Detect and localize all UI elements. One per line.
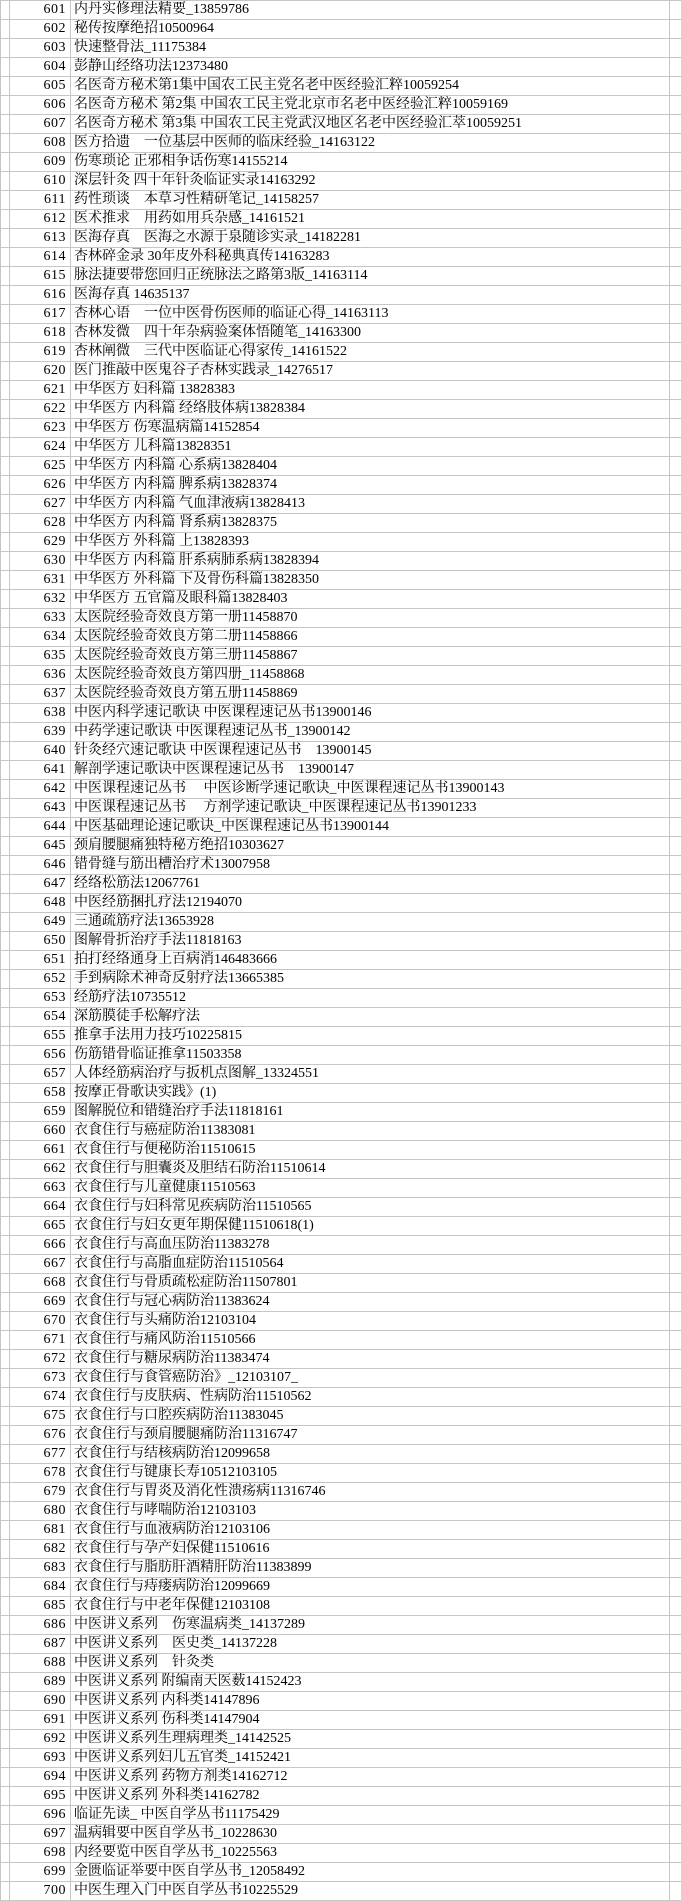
left-gutter-cell[interactable] bbox=[1, 1445, 10, 1463]
row-number-cell[interactable]: 626 bbox=[10, 476, 71, 494]
left-gutter-cell[interactable] bbox=[1, 210, 10, 228]
left-gutter-cell[interactable] bbox=[1, 20, 10, 38]
row-number-cell[interactable]: 610 bbox=[10, 172, 71, 190]
row-number-cell[interactable]: 649 bbox=[10, 913, 71, 931]
row-number-cell[interactable]: 601 bbox=[10, 1, 71, 19]
row-number-cell[interactable]: 645 bbox=[10, 837, 71, 855]
row-number-cell[interactable]: 641 bbox=[10, 761, 71, 779]
left-gutter-cell[interactable] bbox=[1, 1141, 10, 1159]
row-number-cell[interactable]: 685 bbox=[10, 1597, 71, 1615]
book-title-cell[interactable]: 衣食住行与妇女更年期保健11510618(1) bbox=[71, 1217, 670, 1235]
book-title-cell[interactable]: 按摩正骨歌诀实践》(1) bbox=[71, 1084, 670, 1102]
book-title-cell[interactable]: 图解脱位和错缝治疗手法11818161 bbox=[71, 1103, 670, 1121]
row-number-cell[interactable]: 679 bbox=[10, 1483, 71, 1501]
row-number-cell[interactable]: 642 bbox=[10, 780, 71, 798]
book-title-cell[interactable]: 衣食住行与胃炎及消化性溃疡病11316746 bbox=[71, 1483, 670, 1501]
book-title-cell[interactable]: 中华医方 内科篇 肝系病肺系病13828394 bbox=[71, 552, 670, 570]
right-gutter-cell[interactable] bbox=[670, 476, 681, 494]
row-number-cell[interactable]: 631 bbox=[10, 571, 71, 589]
left-gutter-cell[interactable] bbox=[1, 1255, 10, 1273]
row-number-cell[interactable]: 697 bbox=[10, 1825, 71, 1843]
right-gutter-cell[interactable] bbox=[670, 1749, 681, 1767]
row-number-cell[interactable]: 658 bbox=[10, 1084, 71, 1102]
book-title-cell[interactable]: 深筋膜徒手松解疗法 bbox=[71, 1008, 670, 1026]
row-number-cell[interactable]: 622 bbox=[10, 400, 71, 418]
row-number-cell[interactable]: 604 bbox=[10, 58, 71, 76]
row-number-cell[interactable]: 654 bbox=[10, 1008, 71, 1026]
book-title-cell[interactable]: 中医课程速记丛书 方剂学速记歌诀_中医课程速记丛书13901233 bbox=[71, 799, 670, 817]
right-gutter-cell[interactable] bbox=[670, 780, 681, 798]
row-number-cell[interactable]: 683 bbox=[10, 1559, 71, 1577]
row-number-cell[interactable]: 623 bbox=[10, 419, 71, 437]
left-gutter-cell[interactable] bbox=[1, 799, 10, 817]
row-number-cell[interactable]: 603 bbox=[10, 39, 71, 57]
right-gutter-cell[interactable] bbox=[670, 1882, 681, 1900]
book-title-cell[interactable]: 太医院经验奇效良方第二册11458866 bbox=[71, 628, 670, 646]
row-number-cell[interactable]: 672 bbox=[10, 1350, 71, 1368]
row-number-cell[interactable]: 608 bbox=[10, 134, 71, 152]
row-number-cell[interactable]: 667 bbox=[10, 1255, 71, 1273]
right-gutter-cell[interactable] bbox=[670, 742, 681, 760]
row-number-cell[interactable]: 648 bbox=[10, 894, 71, 912]
row-number-cell[interactable]: 669 bbox=[10, 1293, 71, 1311]
row-number-cell[interactable]: 670 bbox=[10, 1312, 71, 1330]
book-title-cell[interactable]: 太医院经验奇效良方第三册11458867 bbox=[71, 647, 670, 665]
left-gutter-cell[interactable] bbox=[1, 1673, 10, 1691]
book-title-cell[interactable]: 医海存真 医海之水源于泉随诊实录_14182281 bbox=[71, 229, 670, 247]
right-gutter-cell[interactable] bbox=[670, 913, 681, 931]
row-number-cell[interactable]: 676 bbox=[10, 1426, 71, 1444]
book-title-cell[interactable]: 中华医方 外科篇 下及骨伤科篇13828350 bbox=[71, 571, 670, 589]
left-gutter-cell[interactable] bbox=[1, 1274, 10, 1292]
row-number-cell[interactable]: 678 bbox=[10, 1464, 71, 1482]
right-gutter-cell[interactable] bbox=[670, 1464, 681, 1482]
right-gutter-cell[interactable] bbox=[670, 647, 681, 665]
row-number-cell[interactable]: 624 bbox=[10, 438, 71, 456]
row-number-cell[interactable]: 671 bbox=[10, 1331, 71, 1349]
left-gutter-cell[interactable] bbox=[1, 704, 10, 722]
right-gutter-cell[interactable] bbox=[670, 1122, 681, 1140]
left-gutter-cell[interactable] bbox=[1, 1369, 10, 1387]
row-number-cell[interactable]: 659 bbox=[10, 1103, 71, 1121]
right-gutter-cell[interactable] bbox=[670, 1426, 681, 1444]
left-gutter-cell[interactable] bbox=[1, 1521, 10, 1539]
left-gutter-cell[interactable] bbox=[1, 115, 10, 133]
right-gutter-cell[interactable] bbox=[670, 419, 681, 437]
left-gutter-cell[interactable] bbox=[1, 400, 10, 418]
left-gutter-cell[interactable] bbox=[1, 1350, 10, 1368]
left-gutter-cell[interactable] bbox=[1, 628, 10, 646]
right-gutter-cell[interactable] bbox=[670, 248, 681, 266]
book-title-cell[interactable]: 杏林心语 一位中医骨伤医师的临证心得_14163113 bbox=[71, 305, 670, 323]
left-gutter-cell[interactable] bbox=[1, 267, 10, 285]
book-title-cell[interactable]: 解剖学速记歌诀中医课程速记丛书 13900147 bbox=[71, 761, 670, 779]
row-number-cell[interactable]: 664 bbox=[10, 1198, 71, 1216]
row-number-cell[interactable]: 652 bbox=[10, 970, 71, 988]
right-gutter-cell[interactable] bbox=[670, 210, 681, 228]
left-gutter-cell[interactable] bbox=[1, 742, 10, 760]
left-gutter-cell[interactable] bbox=[1, 1236, 10, 1254]
book-title-cell[interactable]: 中华医方 外科篇 上13828393 bbox=[71, 533, 670, 551]
row-number-cell[interactable]: 647 bbox=[10, 875, 71, 893]
right-gutter-cell[interactable] bbox=[670, 761, 681, 779]
left-gutter-cell[interactable] bbox=[1, 1103, 10, 1121]
book-title-cell[interactable]: 中医讲义系列 伤科类14147904 bbox=[71, 1711, 670, 1729]
left-gutter-cell[interactable] bbox=[1, 666, 10, 684]
left-gutter-cell[interactable] bbox=[1, 1426, 10, 1444]
book-title-cell[interactable]: 衣食住行与结核病防治12099658 bbox=[71, 1445, 670, 1463]
right-gutter-cell[interactable] bbox=[670, 837, 681, 855]
row-number-cell[interactable]: 650 bbox=[10, 932, 71, 950]
left-gutter-cell[interactable] bbox=[1, 1578, 10, 1596]
left-gutter-cell[interactable] bbox=[1, 552, 10, 570]
left-gutter-cell[interactable] bbox=[1, 438, 10, 456]
right-gutter-cell[interactable] bbox=[670, 989, 681, 1007]
right-gutter-cell[interactable] bbox=[670, 20, 681, 38]
right-gutter-cell[interactable] bbox=[670, 77, 681, 95]
left-gutter-cell[interactable] bbox=[1, 780, 10, 798]
right-gutter-cell[interactable] bbox=[670, 343, 681, 361]
left-gutter-cell[interactable] bbox=[1, 58, 10, 76]
book-title-cell[interactable]: 中华医方 妇科篇 13828383 bbox=[71, 381, 670, 399]
right-gutter-cell[interactable] bbox=[670, 1635, 681, 1653]
right-gutter-cell[interactable] bbox=[670, 1540, 681, 1558]
left-gutter-cell[interactable] bbox=[1, 476, 10, 494]
book-title-cell[interactable]: 衣食住行与妇科常见疾病防治11510565 bbox=[71, 1198, 670, 1216]
right-gutter-cell[interactable] bbox=[670, 1008, 681, 1026]
left-gutter-cell[interactable] bbox=[1, 1160, 10, 1178]
left-gutter-cell[interactable] bbox=[1, 1730, 10, 1748]
row-number-cell[interactable]: 636 bbox=[10, 666, 71, 684]
right-gutter-cell[interactable] bbox=[670, 970, 681, 988]
right-gutter-cell[interactable] bbox=[670, 1768, 681, 1786]
row-number-cell[interactable]: 682 bbox=[10, 1540, 71, 1558]
row-number-cell[interactable]: 690 bbox=[10, 1692, 71, 1710]
left-gutter-cell[interactable] bbox=[1, 970, 10, 988]
book-title-cell[interactable]: 中医讲义系列 外科类14162782 bbox=[71, 1787, 670, 1805]
right-gutter-cell[interactable] bbox=[670, 153, 681, 171]
book-title-cell[interactable]: 太医院经验奇效良方第四册_11458868 bbox=[71, 666, 670, 684]
row-number-cell[interactable]: 620 bbox=[10, 362, 71, 380]
left-gutter-cell[interactable] bbox=[1, 590, 10, 608]
left-gutter-cell[interactable] bbox=[1, 1122, 10, 1140]
row-number-cell[interactable]: 628 bbox=[10, 514, 71, 532]
book-title-cell[interactable]: 医海存真 14635137 bbox=[71, 286, 670, 304]
left-gutter-cell[interactable] bbox=[1, 1027, 10, 1045]
right-gutter-cell[interactable] bbox=[670, 305, 681, 323]
left-gutter-cell[interactable] bbox=[1, 457, 10, 475]
row-number-cell[interactable]: 616 bbox=[10, 286, 71, 304]
book-title-cell[interactable]: 中华医方 五官篇及眼科篇13828403 bbox=[71, 590, 670, 608]
book-title-cell[interactable]: 中医内科学速记歌诀 中医课程速记丛书13900146 bbox=[71, 704, 670, 722]
book-title-cell[interactable]: 针灸经穴速记歌诀 中医课程速记丛书 13900145 bbox=[71, 742, 670, 760]
row-number-cell[interactable]: 602 bbox=[10, 20, 71, 38]
right-gutter-cell[interactable] bbox=[670, 1, 681, 19]
book-title-cell[interactable]: 中华医方 内科篇 气血津液病13828413 bbox=[71, 495, 670, 513]
row-number-cell[interactable]: 615 bbox=[10, 267, 71, 285]
right-gutter-cell[interactable] bbox=[670, 628, 681, 646]
right-gutter-cell[interactable] bbox=[670, 400, 681, 418]
right-gutter-cell[interactable] bbox=[670, 381, 681, 399]
row-number-cell[interactable]: 629 bbox=[10, 533, 71, 551]
book-title-cell[interactable]: 脉法捷要带您回归正统脉法之路第3版_14163114 bbox=[71, 267, 670, 285]
right-gutter-cell[interactable] bbox=[670, 1787, 681, 1805]
book-title-cell[interactable]: 中医课程速记丛书 中医诊断学速记歌诀_中医课程速记丛书13900143 bbox=[71, 780, 670, 798]
left-gutter-cell[interactable] bbox=[1, 248, 10, 266]
left-gutter-cell[interactable] bbox=[1, 1065, 10, 1083]
right-gutter-cell[interactable] bbox=[670, 818, 681, 836]
book-title-cell[interactable]: 临证先读_ 中医自学丛书11175429 bbox=[71, 1806, 670, 1824]
right-gutter-cell[interactable] bbox=[670, 704, 681, 722]
left-gutter-cell[interactable] bbox=[1, 1293, 10, 1311]
left-gutter-cell[interactable] bbox=[1, 1046, 10, 1064]
left-gutter-cell[interactable] bbox=[1, 39, 10, 57]
row-number-cell[interactable]: 632 bbox=[10, 590, 71, 608]
right-gutter-cell[interactable] bbox=[670, 495, 681, 513]
right-gutter-cell[interactable] bbox=[670, 267, 681, 285]
right-gutter-cell[interactable] bbox=[670, 609, 681, 627]
left-gutter-cell[interactable] bbox=[1, 1616, 10, 1634]
right-gutter-cell[interactable] bbox=[670, 1350, 681, 1368]
row-number-cell[interactable]: 663 bbox=[10, 1179, 71, 1197]
row-number-cell[interactable]: 617 bbox=[10, 305, 71, 323]
left-gutter-cell[interactable] bbox=[1, 533, 10, 551]
left-gutter-cell[interactable] bbox=[1, 837, 10, 855]
left-gutter-cell[interactable] bbox=[1, 305, 10, 323]
book-title-cell[interactable]: 衣食住行与口腔疾病防治11383045 bbox=[71, 1407, 670, 1425]
row-number-cell[interactable]: 660 bbox=[10, 1122, 71, 1140]
row-number-cell[interactable]: 614 bbox=[10, 248, 71, 266]
book-title-cell[interactable]: 中医经筋捆扎疗法12194070 bbox=[71, 894, 670, 912]
right-gutter-cell[interactable] bbox=[670, 1711, 681, 1729]
left-gutter-cell[interactable] bbox=[1, 172, 10, 190]
book-title-cell[interactable]: 中医讲义系列 针灸类 bbox=[71, 1654, 670, 1672]
row-number-cell[interactable]: 665 bbox=[10, 1217, 71, 1235]
book-title-cell[interactable]: 内丹实修理法精要_13859786 bbox=[71, 1, 670, 19]
book-title-cell[interactable]: 拍打经络通身上百病消146483666 bbox=[71, 951, 670, 969]
right-gutter-cell[interactable] bbox=[670, 1046, 681, 1064]
book-title-cell[interactable]: 衣食住行与哮喘防治12103103 bbox=[71, 1502, 670, 1520]
right-gutter-cell[interactable] bbox=[670, 951, 681, 969]
right-gutter-cell[interactable] bbox=[670, 1654, 681, 1672]
left-gutter-cell[interactable] bbox=[1, 1749, 10, 1767]
right-gutter-cell[interactable] bbox=[670, 39, 681, 57]
left-gutter-cell[interactable] bbox=[1, 1502, 10, 1520]
right-gutter-cell[interactable] bbox=[670, 1388, 681, 1406]
right-gutter-cell[interactable] bbox=[670, 1331, 681, 1349]
row-number-cell[interactable]: 677 bbox=[10, 1445, 71, 1463]
book-title-cell[interactable]: 内经要览中医自学丛书_10225563 bbox=[71, 1844, 670, 1862]
right-gutter-cell[interactable] bbox=[670, 362, 681, 380]
left-gutter-cell[interactable] bbox=[1, 362, 10, 380]
right-gutter-cell[interactable] bbox=[670, 1293, 681, 1311]
book-title-cell[interactable]: 杏林碎金录 30年皮外科秘典真传14163283 bbox=[71, 248, 670, 266]
book-title-cell[interactable]: 中医讲义系列生理病理类_14142525 bbox=[71, 1730, 670, 1748]
row-number-cell[interactable]: 695 bbox=[10, 1787, 71, 1805]
right-gutter-cell[interactable] bbox=[670, 799, 681, 817]
book-title-cell[interactable]: 颈肩腰腿痛独特秘方绝招10303627 bbox=[71, 837, 670, 855]
row-number-cell[interactable]: 618 bbox=[10, 324, 71, 342]
row-number-cell[interactable]: 656 bbox=[10, 1046, 71, 1064]
row-number-cell[interactable]: 687 bbox=[10, 1635, 71, 1653]
left-gutter-cell[interactable] bbox=[1, 1559, 10, 1577]
book-title-cell[interactable]: 手到病除术神奇反射疗法13665385 bbox=[71, 970, 670, 988]
book-title-cell[interactable]: 衣食住行与癌症防治11383081 bbox=[71, 1122, 670, 1140]
right-gutter-cell[interactable] bbox=[670, 324, 681, 342]
row-number-cell[interactable]: 643 bbox=[10, 799, 71, 817]
row-number-cell[interactable]: 692 bbox=[10, 1730, 71, 1748]
book-title-cell[interactable]: 衣食住行与骨质疏松症防治11507801 bbox=[71, 1274, 670, 1292]
book-title-cell[interactable]: 衣食住行与食管癌防治》_12103107_ bbox=[71, 1369, 670, 1387]
row-number-cell[interactable]: 694 bbox=[10, 1768, 71, 1786]
book-title-cell[interactable]: 药性琐谈 本草习性精研笔记_14158257 bbox=[71, 191, 670, 209]
left-gutter-cell[interactable] bbox=[1, 1806, 10, 1824]
right-gutter-cell[interactable] bbox=[670, 1198, 681, 1216]
left-gutter-cell[interactable] bbox=[1, 818, 10, 836]
book-title-cell[interactable]: 经络松筋法12067761 bbox=[71, 875, 670, 893]
row-number-cell[interactable]: 609 bbox=[10, 153, 71, 171]
right-gutter-cell[interactable] bbox=[670, 723, 681, 741]
right-gutter-cell[interactable] bbox=[670, 932, 681, 950]
row-number-cell[interactable]: 646 bbox=[10, 856, 71, 874]
right-gutter-cell[interactable] bbox=[670, 1236, 681, 1254]
left-gutter-cell[interactable] bbox=[1, 1084, 10, 1102]
book-title-cell[interactable]: 中华医方 内科篇 脾系病13828374 bbox=[71, 476, 670, 494]
left-gutter-cell[interactable] bbox=[1, 191, 10, 209]
right-gutter-cell[interactable] bbox=[670, 1730, 681, 1748]
row-number-cell[interactable]: 619 bbox=[10, 343, 71, 361]
right-gutter-cell[interactable] bbox=[670, 590, 681, 608]
book-title-cell[interactable]: 衣食住行与儿童健康11510563 bbox=[71, 1179, 670, 1197]
right-gutter-cell[interactable] bbox=[670, 1578, 681, 1596]
row-number-cell[interactable]: 673 bbox=[10, 1369, 71, 1387]
book-title-cell[interactable]: 衣食住行与便秘防治11510615 bbox=[71, 1141, 670, 1159]
book-title-cell[interactable]: 彭静山经络功法12373480 bbox=[71, 58, 670, 76]
book-title-cell[interactable]: 衣食住行与痛风防治11510566 bbox=[71, 1331, 670, 1349]
row-number-cell[interactable]: 621 bbox=[10, 381, 71, 399]
left-gutter-cell[interactable] bbox=[1, 1312, 10, 1330]
right-gutter-cell[interactable] bbox=[670, 1445, 681, 1463]
book-title-cell[interactable]: 深层针灸 四十年针灸临证实录14163292 bbox=[71, 172, 670, 190]
right-gutter-cell[interactable] bbox=[670, 191, 681, 209]
row-number-cell[interactable]: 611 bbox=[10, 191, 71, 209]
book-title-cell[interactable]: 衣食住行与键康长寿10512103105 bbox=[71, 1464, 670, 1482]
book-title-cell[interactable]: 衣食住行与颈肩腰腿痛防治11316747 bbox=[71, 1426, 670, 1444]
row-number-cell[interactable]: 638 bbox=[10, 704, 71, 722]
row-number-cell[interactable]: 668 bbox=[10, 1274, 71, 1292]
right-gutter-cell[interactable] bbox=[670, 571, 681, 589]
book-title-cell[interactable]: 衣食住行与脂肪肝酒精肝防治11383899 bbox=[71, 1559, 670, 1577]
book-title-cell[interactable]: 秘传按摩绝招10500964 bbox=[71, 20, 670, 38]
book-title-cell[interactable]: 中华医方 伤寒温病篇14152854 bbox=[71, 419, 670, 437]
book-title-cell[interactable]: 中医讲义系列妇儿五官类_14152421 bbox=[71, 1749, 670, 1767]
row-number-cell[interactable]: 640 bbox=[10, 742, 71, 760]
left-gutter-cell[interactable] bbox=[1, 1407, 10, 1425]
row-number-cell[interactable]: 686 bbox=[10, 1616, 71, 1634]
left-gutter-cell[interactable] bbox=[1, 1483, 10, 1501]
left-gutter-cell[interactable] bbox=[1, 286, 10, 304]
right-gutter-cell[interactable] bbox=[670, 1863, 681, 1881]
row-number-cell[interactable]: 634 bbox=[10, 628, 71, 646]
row-number-cell[interactable]: 696 bbox=[10, 1806, 71, 1824]
row-number-cell[interactable]: 612 bbox=[10, 210, 71, 228]
book-title-cell[interactable]: 中医讲义系列 伤寒温病类_14137289 bbox=[71, 1616, 670, 1634]
right-gutter-cell[interactable] bbox=[670, 1369, 681, 1387]
book-title-cell[interactable]: 衣食住行与皮肤病、性病防治11510562 bbox=[71, 1388, 670, 1406]
left-gutter-cell[interactable] bbox=[1, 571, 10, 589]
row-number-cell[interactable]: 630 bbox=[10, 552, 71, 570]
row-number-cell[interactable]: 639 bbox=[10, 723, 71, 741]
row-number-cell[interactable]: 666 bbox=[10, 1236, 71, 1254]
left-gutter-cell[interactable] bbox=[1, 1464, 10, 1482]
row-number-cell[interactable]: 698 bbox=[10, 1844, 71, 1862]
right-gutter-cell[interactable] bbox=[670, 1255, 681, 1273]
book-title-cell[interactable]: 衣食住行与头痛防治12103104 bbox=[71, 1312, 670, 1330]
right-gutter-cell[interactable] bbox=[670, 1312, 681, 1330]
right-gutter-cell[interactable] bbox=[670, 1407, 681, 1425]
row-number-cell[interactable]: 651 bbox=[10, 951, 71, 969]
book-title-cell[interactable]: 医术推求 用药如用兵杂感_14161521 bbox=[71, 210, 670, 228]
book-title-cell[interactable]: 衣食住行与高血压防治11383278 bbox=[71, 1236, 670, 1254]
left-gutter-cell[interactable] bbox=[1, 609, 10, 627]
right-gutter-cell[interactable] bbox=[670, 1084, 681, 1102]
row-number-cell[interactable]: 627 bbox=[10, 495, 71, 513]
left-gutter-cell[interactable] bbox=[1, 989, 10, 1007]
right-gutter-cell[interactable] bbox=[670, 1502, 681, 1520]
book-title-cell[interactable]: 图解骨折治疗手法11818163 bbox=[71, 932, 670, 950]
left-gutter-cell[interactable] bbox=[1, 1787, 10, 1805]
right-gutter-cell[interactable] bbox=[670, 666, 681, 684]
right-gutter-cell[interactable] bbox=[670, 894, 681, 912]
right-gutter-cell[interactable] bbox=[670, 875, 681, 893]
row-number-cell[interactable]: 607 bbox=[10, 115, 71, 133]
left-gutter-cell[interactable] bbox=[1, 324, 10, 342]
right-gutter-cell[interactable] bbox=[670, 1844, 681, 1862]
right-gutter-cell[interactable] bbox=[670, 1521, 681, 1539]
right-gutter-cell[interactable] bbox=[670, 1141, 681, 1159]
right-gutter-cell[interactable] bbox=[670, 514, 681, 532]
book-title-cell[interactable]: 名医奇方秘术第1集中国农工民主党名老中医经验汇粹10059254 bbox=[71, 77, 670, 95]
row-number-cell[interactable]: 681 bbox=[10, 1521, 71, 1539]
right-gutter-cell[interactable] bbox=[670, 1274, 681, 1292]
right-gutter-cell[interactable] bbox=[670, 685, 681, 703]
book-title-cell[interactable]: 经筋疗法10735512 bbox=[71, 989, 670, 1007]
row-number-cell[interactable]: 655 bbox=[10, 1027, 71, 1045]
row-number-cell[interactable]: 674 bbox=[10, 1388, 71, 1406]
book-title-cell[interactable]: 人体经筋病治疗与扳机点图解_13324551 bbox=[71, 1065, 670, 1083]
right-gutter-cell[interactable] bbox=[670, 533, 681, 551]
left-gutter-cell[interactable] bbox=[1, 1711, 10, 1729]
book-title-cell[interactable]: 太医院经验奇效良方第一册11458870 bbox=[71, 609, 670, 627]
row-number-cell[interactable]: 613 bbox=[10, 229, 71, 247]
row-number-cell[interactable]: 688 bbox=[10, 1654, 71, 1672]
right-gutter-cell[interactable] bbox=[670, 1673, 681, 1691]
row-number-cell[interactable]: 661 bbox=[10, 1141, 71, 1159]
book-title-cell[interactable]: 错骨缝与筋出槽治疗术13007958 bbox=[71, 856, 670, 874]
book-title-cell[interactable]: 中医讲义系列 药物方剂类14162712 bbox=[71, 1768, 670, 1786]
left-gutter-cell[interactable] bbox=[1, 647, 10, 665]
left-gutter-cell[interactable] bbox=[1, 134, 10, 152]
left-gutter-cell[interactable] bbox=[1, 913, 10, 931]
left-gutter-cell[interactable] bbox=[1, 856, 10, 874]
row-number-cell[interactable]: 606 bbox=[10, 96, 71, 114]
row-number-cell[interactable]: 625 bbox=[10, 457, 71, 475]
row-number-cell[interactable]: 662 bbox=[10, 1160, 71, 1178]
right-gutter-cell[interactable] bbox=[670, 1559, 681, 1577]
book-title-cell[interactable]: 衣食住行与中老年保健12103108 bbox=[71, 1597, 670, 1615]
left-gutter-cell[interactable] bbox=[1, 1331, 10, 1349]
left-gutter-cell[interactable] bbox=[1, 951, 10, 969]
